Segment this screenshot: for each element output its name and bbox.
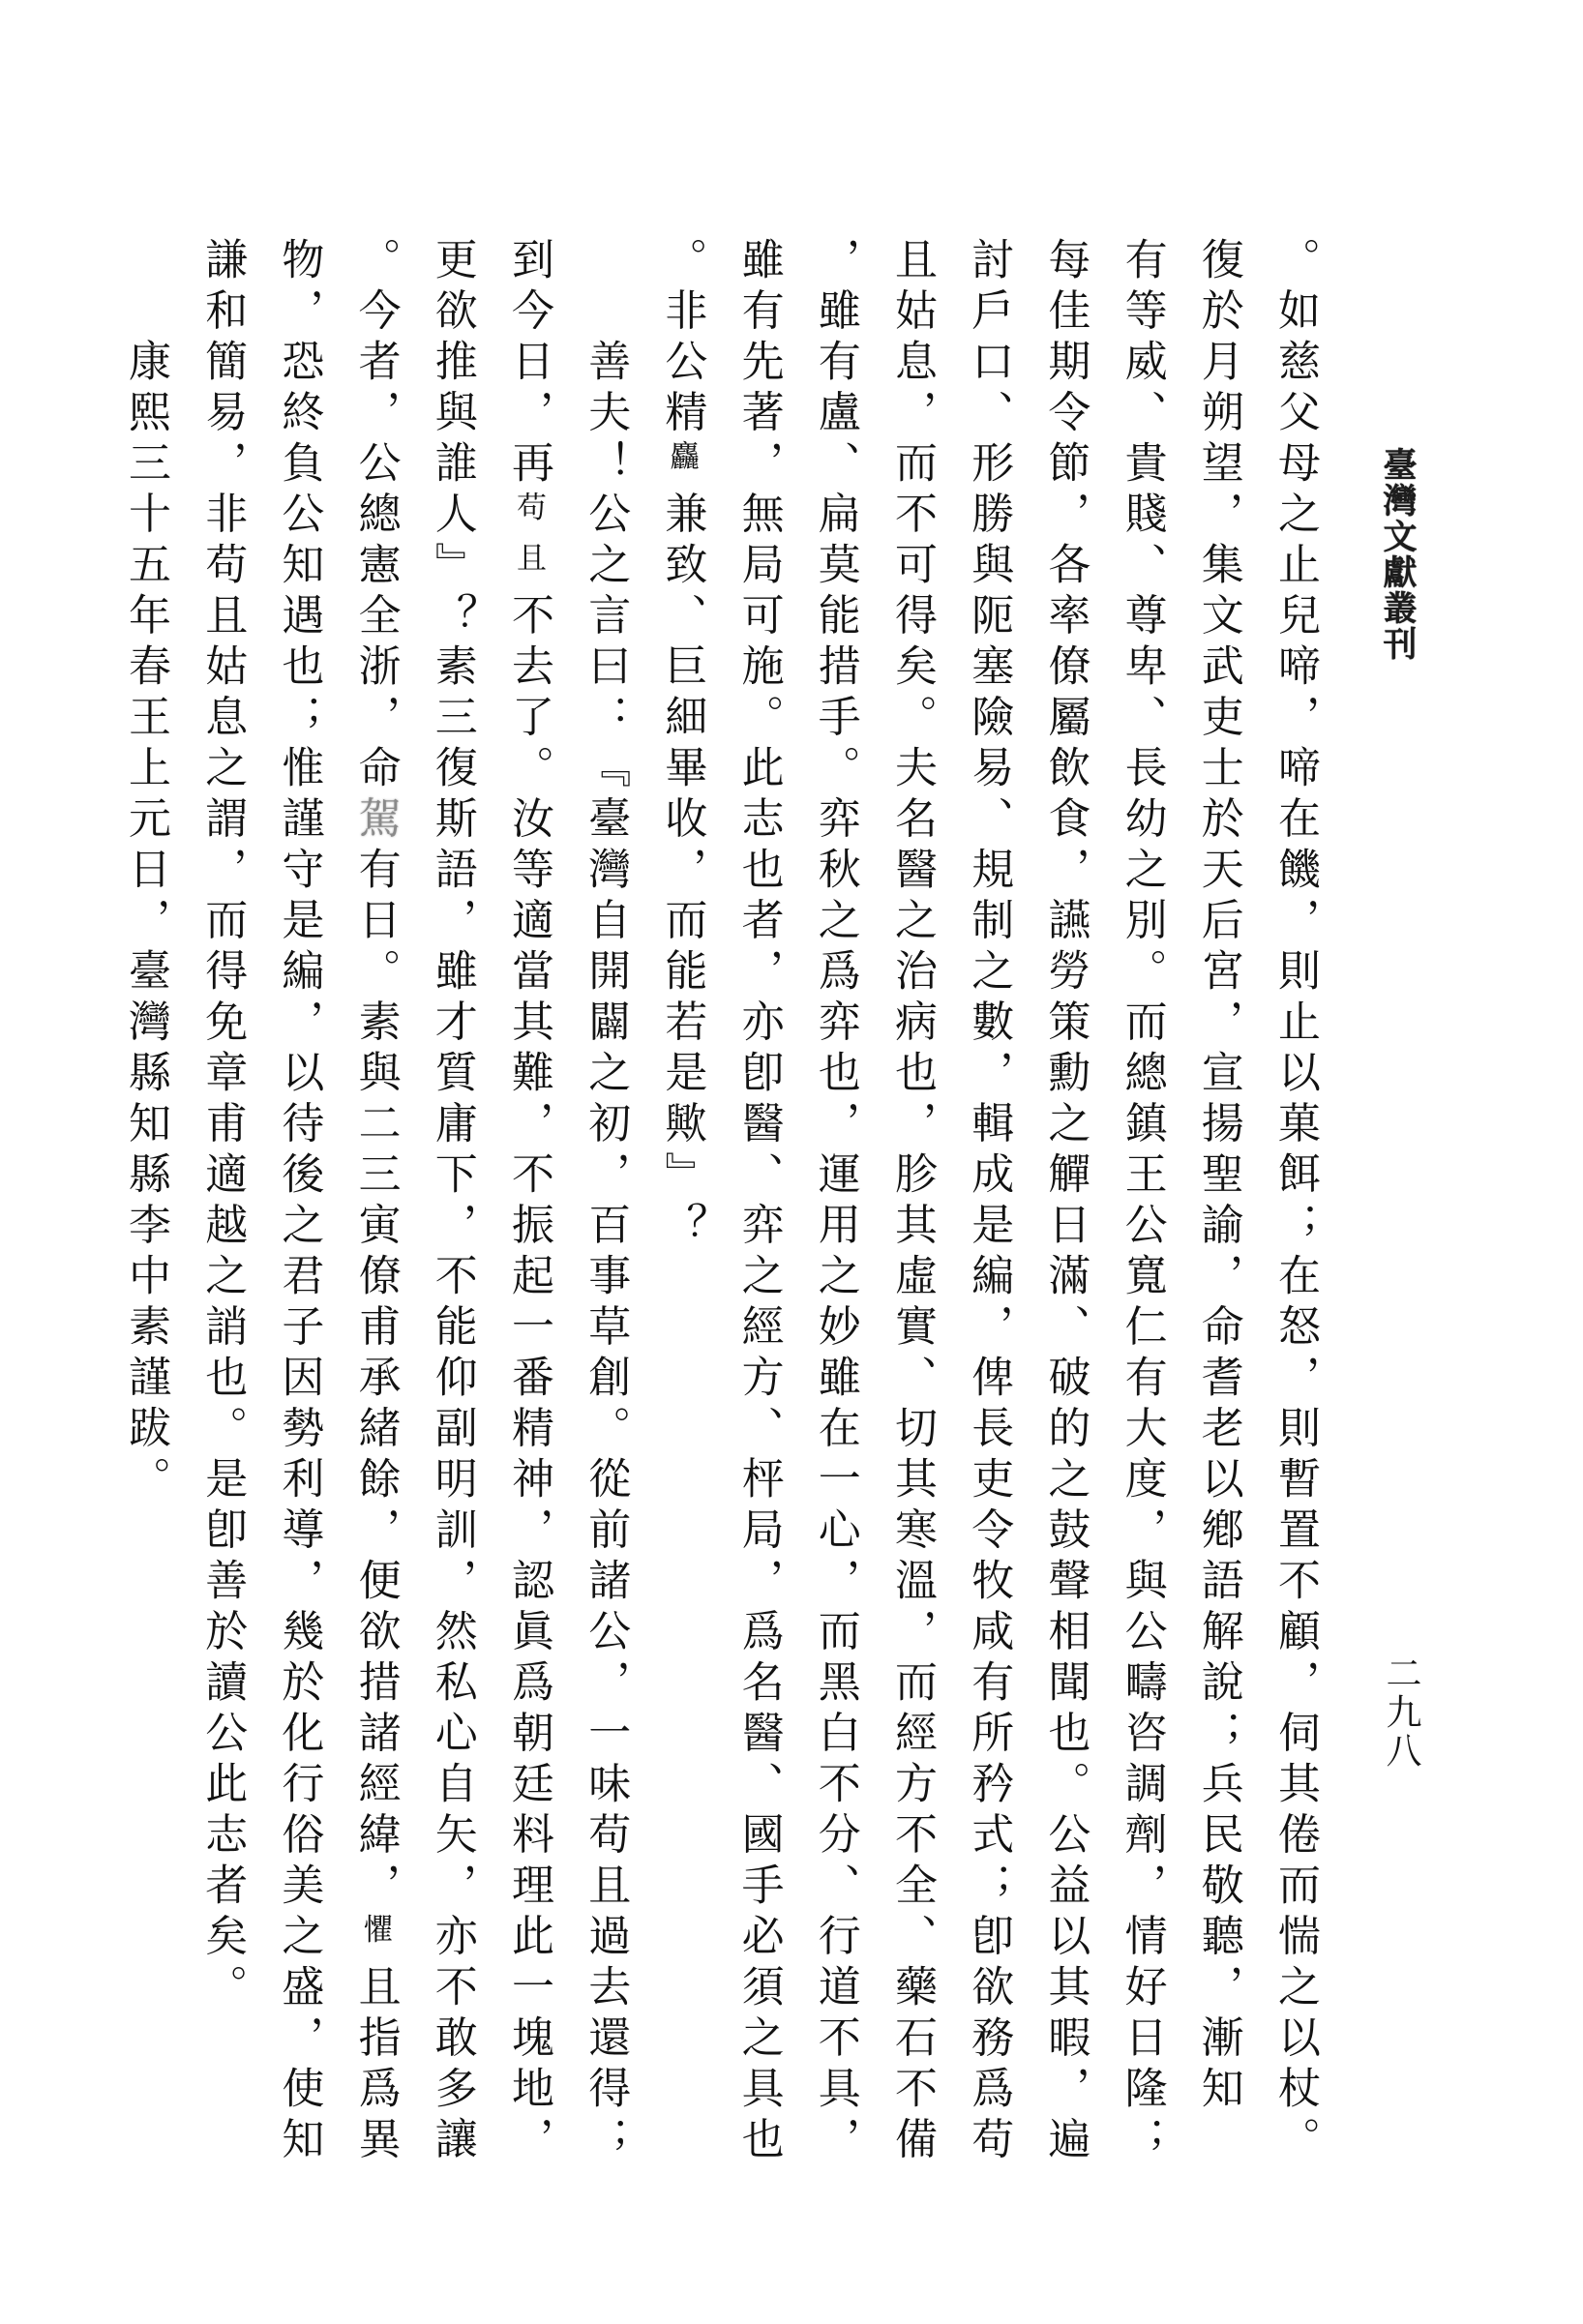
text-segment: 。今者，公總憲全浙，命 <box>351 237 401 796</box>
text-column: 。今者，公總憲全浙，命駕有日。素與二三寅僚甫承緒餘，便欲措諸經緯，懼且指爲異 <box>338 237 414 2167</box>
text-column: 康熙三十五年春王上元日，臺灣縣知縣李中素謹跋。 <box>107 339 184 1507</box>
text-segment: 謙和簡易，非苟且姑息之謂，而得免章甫適越之誚也。是卽善於讀公此志者矣。 <box>197 237 247 2015</box>
scanned-page: 臺灣文獻叢刊 二九八 。如慈父母之止兒啼，啼在饑，則止以菓餌；在怒，則暫置不顧，… <box>0 0 1583 2324</box>
text-column: 復於月朔望，集文武吏士於天后宮，宣揚聖諭，命耆老以鄕語解說；兵民敬聽，漸知 <box>1180 237 1257 2117</box>
text-segment: 有等威、貴賤、尊卑、長幼之別。而總鎮王公寬仁有大度，與公疇咨調劑，情好日隆； <box>1118 237 1167 2167</box>
text-segment: 到今日，再 <box>504 237 553 492</box>
text-segment: 且指爲異 <box>351 1964 401 2167</box>
text-segment: 討戶口、形勝與阨塞險易、規制之數，輯成是編，俾長吏令牧咸有所矜式；卽欲務爲苟 <box>964 237 1013 2167</box>
text-column: 善夫！公之言曰：『臺灣自開闢之初，百事草創。從前諸公，一味苟且過去還得； <box>567 339 643 2167</box>
text-column: 物，恐終負公知遇也；惟謹守是編，以待後之君子因勢利導，幾於化行俗美之盛，使知 <box>260 237 337 2167</box>
text-column: 且姑息，而不可得矣。夫名醫之治病也，胗其虛實、切其寒溫，而經方不全、藥石不備 <box>874 237 950 2167</box>
text-column: 謙和簡易，非苟且姑息之謂，而得免章甫適越之誚也。是卽善於讀公此志者矣。 <box>184 237 260 2015</box>
page-number: 二九八 <box>1378 1654 1422 1771</box>
text-segment: 雖有先著，無局可施。此志也者，亦卽醫、弈之經方、枰局，爲名醫、國手必須之具也 <box>734 237 784 2167</box>
text-segment-small: 苟且 <box>511 492 546 593</box>
text-column: 到今日，再苟且不去了。汝等適當其難，不振起一番精神，認眞爲朝廷料理此一塊地， <box>491 237 567 2167</box>
text-segment: 更欲推與誰人』？素三復斯語，雖才質庸下，不能仰副明訓，然私心自矢，亦不敢多讓 <box>428 237 477 2167</box>
series-title: 臺灣文獻叢刊 <box>1374 447 1420 662</box>
text-segment-small: 懼 <box>358 1914 393 1965</box>
text-column: 更欲推與誰人』？素三復斯語，雖才質庸下，不能仰副明訓，然私心自矢，亦不敢多讓 <box>414 237 491 2167</box>
text-segment: 康熙三十五年春王上元日，臺灣縣知縣李中素謹跋。 <box>121 339 170 1507</box>
text-segment: 物，恐終負公知遇也；惟謹守是編，以待後之君子因勢利導，幾於化行俗美之盛，使知 <box>274 237 323 2167</box>
text-column: 討戶口、形勝與阨塞險易、規制之數，輯成是編，俾長吏令牧咸有所矜式；卽欲務爲苟 <box>950 237 1027 2167</box>
text-segment: 兼致、巨細畢收，而能若是歟』？ <box>657 492 706 1254</box>
text-segment: 復於月朔望，集文武吏士於天后宮，宣揚聖諭，命耆老以鄕語解說；兵民敬聽，漸知 <box>1194 237 1243 2117</box>
text-segment: 。非公精 <box>657 237 706 440</box>
text-column: 每佳期令節，各率僚屬飲食，讌勞策勳之觶日滿、破的之鼓聲相聞也。公益以其暇，遍 <box>1027 237 1103 2167</box>
text-column: 。非公精麤兼致、巨細畢收，而能若是歟』？ <box>643 237 720 1253</box>
text-segment: 善夫！公之言曰：『臺灣自開闢之初，百事草創。從前諸公，一味苟且過去還得； <box>581 339 630 2167</box>
text-column: 雖有先著，無局可施。此志也者，亦卽醫、弈之經方、枰局，爲名醫、國手必須之具也 <box>721 237 797 2167</box>
text-segment-faded: 駕 <box>351 796 401 848</box>
text-segment: 不去了。汝等適當其難，不振起一番精神，認眞爲朝廷料理此一塊地， <box>504 593 553 2168</box>
text-segment: 每佳期令節，各率僚屬飲食，讌勞策勳之觶日滿、破的之鼓聲相聞也。公益以其暇，遍 <box>1040 237 1090 2167</box>
text-segment: ，雖有盧、扁莫能措手。弈秋之爲弈也，運用之妙雖在一心，而黑白不分、行道不具， <box>811 237 860 2167</box>
text-column: 有等威、貴賤、尊卑、長幼之別。而總鎮王公寬仁有大度，與公疇咨調劑，情好日隆； <box>1104 237 1180 2167</box>
text-segment: 。如慈父母之止兒啼，啼在饑，則止以菓餌；在怒，則暫置不顧，伺其倦而惴之以杖。 <box>1270 237 1320 2167</box>
text-column: ，雖有盧、扁莫能措手。弈秋之爲弈也，運用之妙雖在一心，而黑白不分、行道不具， <box>797 237 874 2167</box>
text-segment: 且姑息，而不可得矣。夫名醫之治病也，胗其虛實、切其寒溫，而經方不全、藥石不備 <box>887 237 937 2167</box>
text-segment: 有日。素與二三寅僚甫承緒餘，便欲措諸經緯， <box>351 847 401 1914</box>
text-column: 。如慈父母之止兒啼，啼在饑，則止以菓餌；在怒，則暫置不顧，伺其倦而惴之以杖。 <box>1257 237 1333 2167</box>
text-segment-small: 麤 <box>664 440 699 492</box>
